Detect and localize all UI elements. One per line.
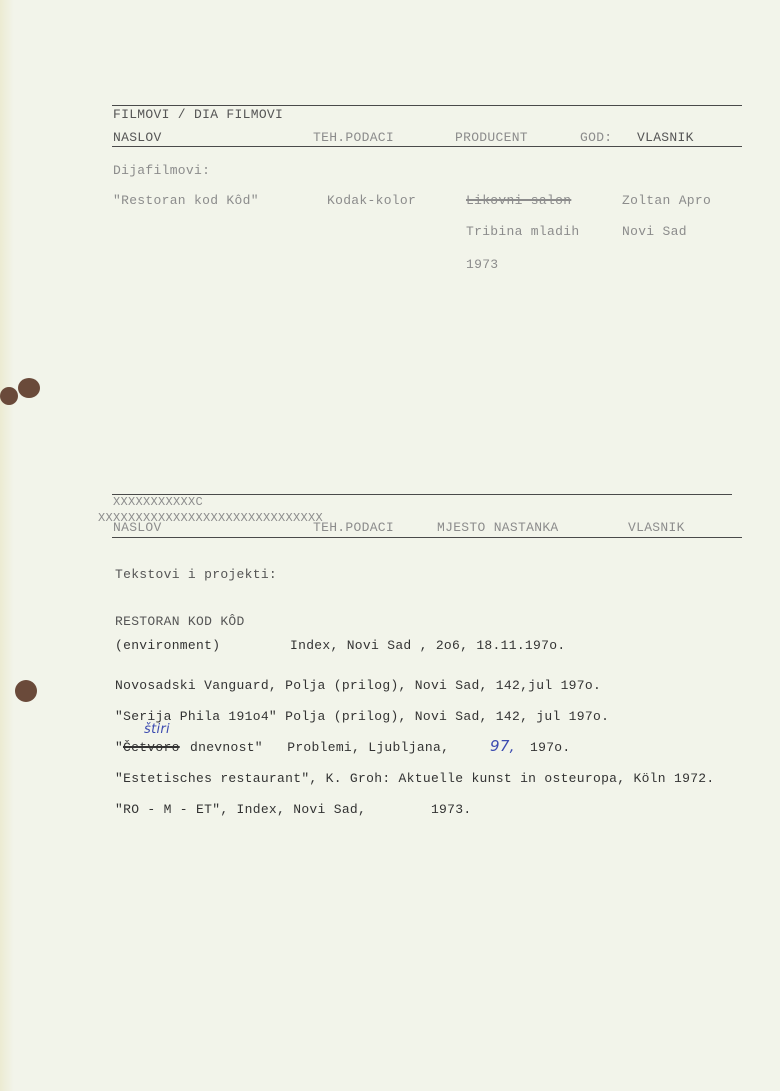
entry-vanguard: Novosadski Vanguard, Polja (prilog), Nov… xyxy=(115,678,601,693)
entry-cetvoro-rest: dnevnost" Problemi, Ljubljana, xyxy=(190,740,449,755)
film-year: 1973 xyxy=(466,257,498,272)
section1-title: FILMOVI / DIA FILMOVI xyxy=(113,107,283,122)
handwritten-number: 97, xyxy=(490,737,515,755)
film-producer: Tribina mladih xyxy=(466,224,579,239)
punch-hole xyxy=(0,387,18,405)
header-producent: PRODUCENT xyxy=(455,130,528,145)
paper-edge xyxy=(0,0,14,1091)
top-rule xyxy=(112,105,742,106)
header-god: GOD: xyxy=(580,130,612,145)
entry-environment: (environment) xyxy=(115,638,220,653)
film-owner-city: Novi Sad xyxy=(622,224,687,239)
handwritten-insert: štiri xyxy=(144,722,170,737)
punch-hole xyxy=(15,680,37,702)
film-producer-struck: Likovni salon xyxy=(466,193,571,208)
header-teh-podaci-2: TEH.PODACI xyxy=(313,520,394,535)
subtitle-tekstovi: Tekstovi i projekti: xyxy=(115,567,277,582)
film-title: "Restoran kod Kôd" xyxy=(113,193,259,208)
subtitle-dijafilmovi: Dijafilmovi: xyxy=(113,163,210,178)
section2-top-rule xyxy=(112,494,732,495)
entry-cetvoro-quote: " xyxy=(115,740,123,755)
entry-ro-m-et: "RO - M - ET", Index, Novi Sad, 1973. xyxy=(115,802,471,817)
entry-cetvoro-year: 197o. xyxy=(530,740,571,755)
entry-cetvoro-struck: Četvoro xyxy=(123,740,180,755)
header-vlasnik-2: VLASNIK xyxy=(628,520,685,535)
header-naslov: NASLOV xyxy=(113,130,162,145)
film-owner: Zoltan Apro xyxy=(622,193,711,208)
entry-serija-phila: "Serija Phila 191o4" Polja (prilog), Nov… xyxy=(115,709,609,724)
header-mjesto-nastanka: MJESTO NASTANKA xyxy=(437,520,559,535)
header-teh-podaci: TEH.PODACI xyxy=(313,130,394,145)
film-tech: Kodak-kolor xyxy=(327,193,416,208)
section2-header-rule xyxy=(112,537,742,538)
header-naslov-2: NASLOV xyxy=(113,520,162,535)
header-rule xyxy=(112,146,742,147)
entry-title: RESTORAN KOD KÔD xyxy=(115,614,245,629)
struck-title: XXXXXXXXXXXC xyxy=(113,495,203,509)
header-vlasnik: VLASNIK xyxy=(637,130,694,145)
punch-hole xyxy=(18,378,40,398)
entry-index: Index, Novi Sad , 2o6, 18.11.197o. xyxy=(290,638,565,653)
entry-estetisches: "Estetisches restaurant", K. Groh: Aktue… xyxy=(115,771,715,786)
